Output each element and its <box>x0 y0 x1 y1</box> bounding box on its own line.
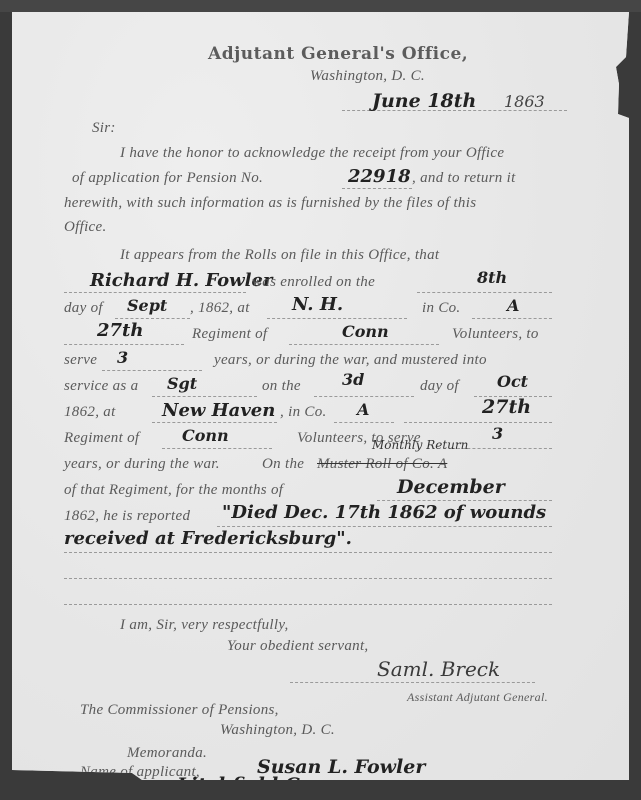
office-heading: Adjutant General's Office, <box>208 44 468 64</box>
report-text-1: "Died Dec. 17th 1862 of wounds <box>222 502 546 523</box>
signature: Saml. Breck <box>377 657 500 681</box>
muster-regiment: 27th <box>482 396 531 418</box>
pension-no-line <box>342 188 412 189</box>
year-text: , 1862, at <box>190 300 250 317</box>
signature-line <box>290 682 535 683</box>
muster-company: A <box>357 400 369 419</box>
date-month-day: June 18th <box>372 90 476 112</box>
document-page: Adjutant General's Office, Washington, D… <box>12 12 629 780</box>
serve-text: serve <box>64 352 97 369</box>
muster-year-text: 1862, at <box>64 404 116 421</box>
closing-line-2: Your obedient servant, <box>227 638 368 655</box>
years-war-text: years, or during the war. <box>64 456 220 473</box>
closing-line-1: I am, Sir, very respectfully, <box>120 617 289 634</box>
enrolled-company-line <box>472 318 552 319</box>
report-month: December <box>397 476 505 498</box>
para1-line1: I have the honor to acknowledge the rece… <box>120 145 504 162</box>
para2-intro: It appears from the Rolls on file in thi… <box>120 247 439 264</box>
soldier-name: Richard H. Fowler <box>90 270 272 291</box>
state-2: Conn <box>182 426 229 445</box>
pension-number: 22918 <box>348 166 411 187</box>
enrolled-place: N. H. <box>292 294 343 315</box>
roll-inserted: Monthly Return <box>372 438 468 452</box>
blank-line-2 <box>64 604 552 605</box>
volunteers-text: Volunteers, to <box>452 326 539 343</box>
clerk-initials: L.P.L. <box>78 793 108 800</box>
signer-title: Assistant Adjutant General. <box>407 690 548 705</box>
report-month-line <box>377 500 552 501</box>
enrolled-company: A <box>507 296 519 315</box>
para1-line4: Office. <box>64 219 107 236</box>
enrolled-place-line <box>267 318 407 319</box>
muster-month: Oct <box>497 372 528 391</box>
on-the-text: on the <box>262 378 301 395</box>
rank-line <box>152 396 257 397</box>
applicant-address: Litchfield Conn. <box>177 774 347 796</box>
state: Conn <box>342 322 389 341</box>
enrolled-month-line <box>115 318 190 319</box>
of-that-text: of that Regiment, for the months of <box>64 482 283 499</box>
addressee-line-2: Washington, D. C. <box>220 722 335 739</box>
service-as-text: service as a <box>64 378 138 395</box>
term-line <box>102 370 202 371</box>
on-the-text-2: On the <box>262 456 304 473</box>
muster-regiment-line <box>404 422 552 423</box>
day-of-text: day of <box>64 300 103 317</box>
report-line-1 <box>217 526 552 527</box>
roll-struck: Muster Roll of Co. A <box>317 456 447 473</box>
regiment-of-text: Regiment of <box>192 326 267 343</box>
para1-line3: herewith, with such information as is fu… <box>64 195 476 212</box>
regiment-number: 27th <box>97 320 143 341</box>
para1-line2-post: , and to return it <box>412 170 516 187</box>
in-co-text: in Co. <box>422 300 460 317</box>
term-years: 3 <box>117 348 128 367</box>
muster-place: New Haven <box>162 400 275 421</box>
address-label: Address, <box>80 780 134 797</box>
name-line <box>64 292 246 293</box>
salutation: Sir: <box>92 120 116 137</box>
report-text-2: received at Fredericksburg". <box>64 528 352 549</box>
enrolled-month: Sept <box>127 296 167 315</box>
report-line-2 <box>64 552 552 553</box>
report-year-text: 1862, he is reported <box>64 508 190 525</box>
years-text: years, or during the war, and mustered i… <box>214 352 487 369</box>
date-year: 1863 <box>504 92 545 111</box>
muster-in-co-text: , in Co. <box>280 404 327 421</box>
letterhead-city: Washington, D. C. <box>310 68 425 85</box>
enrolled-text: was enrolled on the <box>252 274 375 291</box>
state2-line <box>162 448 272 449</box>
scanner-frame <box>0 0 641 12</box>
applicant-name-line <box>257 780 437 781</box>
memoranda-label: Memoranda. <box>127 745 207 762</box>
regiment-number-line <box>64 344 184 345</box>
muster-place-line <box>152 422 277 423</box>
enrolled-day-line <box>417 292 552 293</box>
muster-day: 3d <box>342 370 364 389</box>
muster-company-line <box>334 422 394 423</box>
rank: Sgt <box>167 374 197 393</box>
term-years-2: 3 <box>492 424 503 443</box>
state-line <box>289 344 439 345</box>
enrolled-day: 8th <box>477 268 507 287</box>
regiment-of-text-2: Regiment of <box>64 430 139 447</box>
day-of-text-2: day of <box>420 378 459 395</box>
muster-day-line <box>314 396 414 397</box>
addressee-line-1: The Commissioner of Pensions, <box>80 702 279 719</box>
para1-line2-pre: of application for Pension No. <box>72 170 263 187</box>
blank-line-1 <box>64 578 552 579</box>
